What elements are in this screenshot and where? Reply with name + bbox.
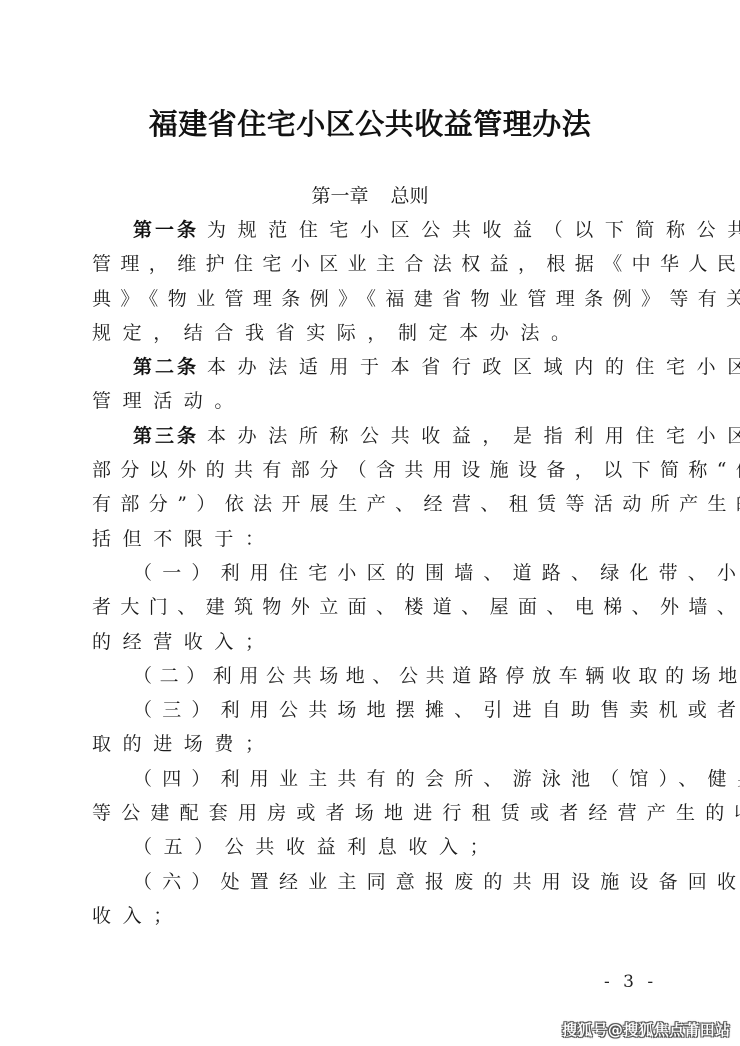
paragraph-line: 的经营收入； (92, 625, 652, 659)
paragraph-line: （一）利用住宅小区的围墙、道路、绿化带、小区出入口或 (92, 556, 652, 590)
article-label: 第二条 (133, 356, 199, 378)
paragraph-line: 等公建配套用房或者场地进行租赁或者经营产生的收入； (92, 796, 652, 830)
paragraph-line: 第三条本办法所称公共收益，是指利用住宅小区业主专有 (92, 419, 652, 453)
article-3: 第三条本办法所称公共收益，是指利用住宅小区业主专有 部分以外的共有部分（含共用设… (92, 419, 652, 556)
list-item-3: （三）利用公共场地摆摊、引进自助售卖机或者快递柜等收 取的进场费； (92, 693, 652, 762)
list-item-5: （五）公共收益利息收入； (92, 830, 652, 864)
article-1: 第一条为规范住宅小区公共收益（以下简称公共收益）的 管理，维护住宅小区业主合法权… (92, 213, 652, 350)
chapter-name: 总则 (391, 181, 429, 211)
document-body: 第一条为规范住宅小区公共收益（以下简称公共收益）的 管理，维护住宅小区业主合法权… (92, 213, 652, 933)
paragraph-line: （六）处置经业主同意报废的共用设施设备回收残值产生的 (92, 865, 652, 899)
article-label: 第三条 (133, 425, 199, 447)
paragraph-line: 规定，结合我省实际，制定本办法。 (92, 316, 652, 350)
paragraph-line: （二）利用公共场地、公共道路停放车辆收取的场地使用费； (92, 659, 652, 693)
article-label: 第一条 (133, 219, 199, 241)
paragraph-line: 括但不限于： (92, 522, 652, 556)
text-span: 为规范住宅小区公共收益（以下简称公共收益）的 (207, 219, 740, 241)
document-page: 福建省住宅小区公共收益管理办法 第一章总则 第一条为规范住宅小区公共收益（以下简… (0, 0, 740, 1046)
article-2: 第二条本办法适用于本省行政区域内的住宅小区公共收益 管理活动。 (92, 350, 652, 419)
paragraph-line: 部分以外的共有部分（含共用设施设备，以下简称“住宅小区共 (92, 453, 652, 487)
paragraph-line: （四）利用业主共有的会所、游泳池（馆）、健身室（馆） (92, 762, 652, 796)
paragraph-line: 典》《物业管理条例》《福建省物业管理条例》等有关法律法规 (92, 282, 652, 316)
list-item-2: （二）利用公共场地、公共道路停放车辆收取的场地使用费； (92, 659, 652, 693)
list-item-6: （六）处置经业主同意报废的共用设施设备回收残值产生的 收入； (92, 865, 652, 934)
paragraph-line: 第一条为规范住宅小区公共收益（以下简称公共收益）的 (92, 213, 652, 247)
paragraph-line: 取的进场费； (92, 727, 652, 761)
paragraph-line: 收入； (92, 899, 652, 933)
paragraph-line: （三）利用公共场地摆摊、引进自助售卖机或者快递柜等收 (92, 693, 652, 727)
list-item-4: （四）利用业主共有的会所、游泳池（馆）、健身室（馆） 等公建配套用房或者场地进行… (92, 762, 652, 831)
text-span: 本办法适用于本省行政区域内的住宅小区公共收益 (207, 356, 740, 378)
paragraph-line: 者大门、建筑物外立面、楼道、屋面、电梯、外墙、道闸等所得 (92, 590, 652, 624)
paragraph-line: 有部分”）依法开展生产、经营、租赁等活动所产生的收益。包 (92, 487, 652, 521)
paragraph-line: 第二条本办法适用于本省行政区域内的住宅小区公共收益 (92, 350, 652, 384)
watermark: 搜狐号@搜狐焦点莆田站 (562, 1019, 730, 1040)
paragraph-line: （五）公共收益利息收入； (92, 830, 652, 864)
chapter-number: 第一章 (311, 181, 368, 211)
document-title: 福建省住宅小区公共收益管理办法 (0, 104, 740, 144)
list-item-1: （一）利用住宅小区的围墙、道路、绿化带、小区出入口或 者大门、建筑物外立面、楼道… (92, 556, 652, 659)
chapter-heading: 第一章总则 (0, 181, 740, 211)
paragraph-line: 管理活动。 (92, 384, 652, 418)
page-number: - 3 - (604, 972, 657, 992)
text-span: 本办法所称公共收益，是指利用住宅小区业主专有 (207, 425, 740, 447)
paragraph-line: 管理，维护住宅小区业主合法权益，根据《中华人民共和国民法 (92, 247, 652, 281)
